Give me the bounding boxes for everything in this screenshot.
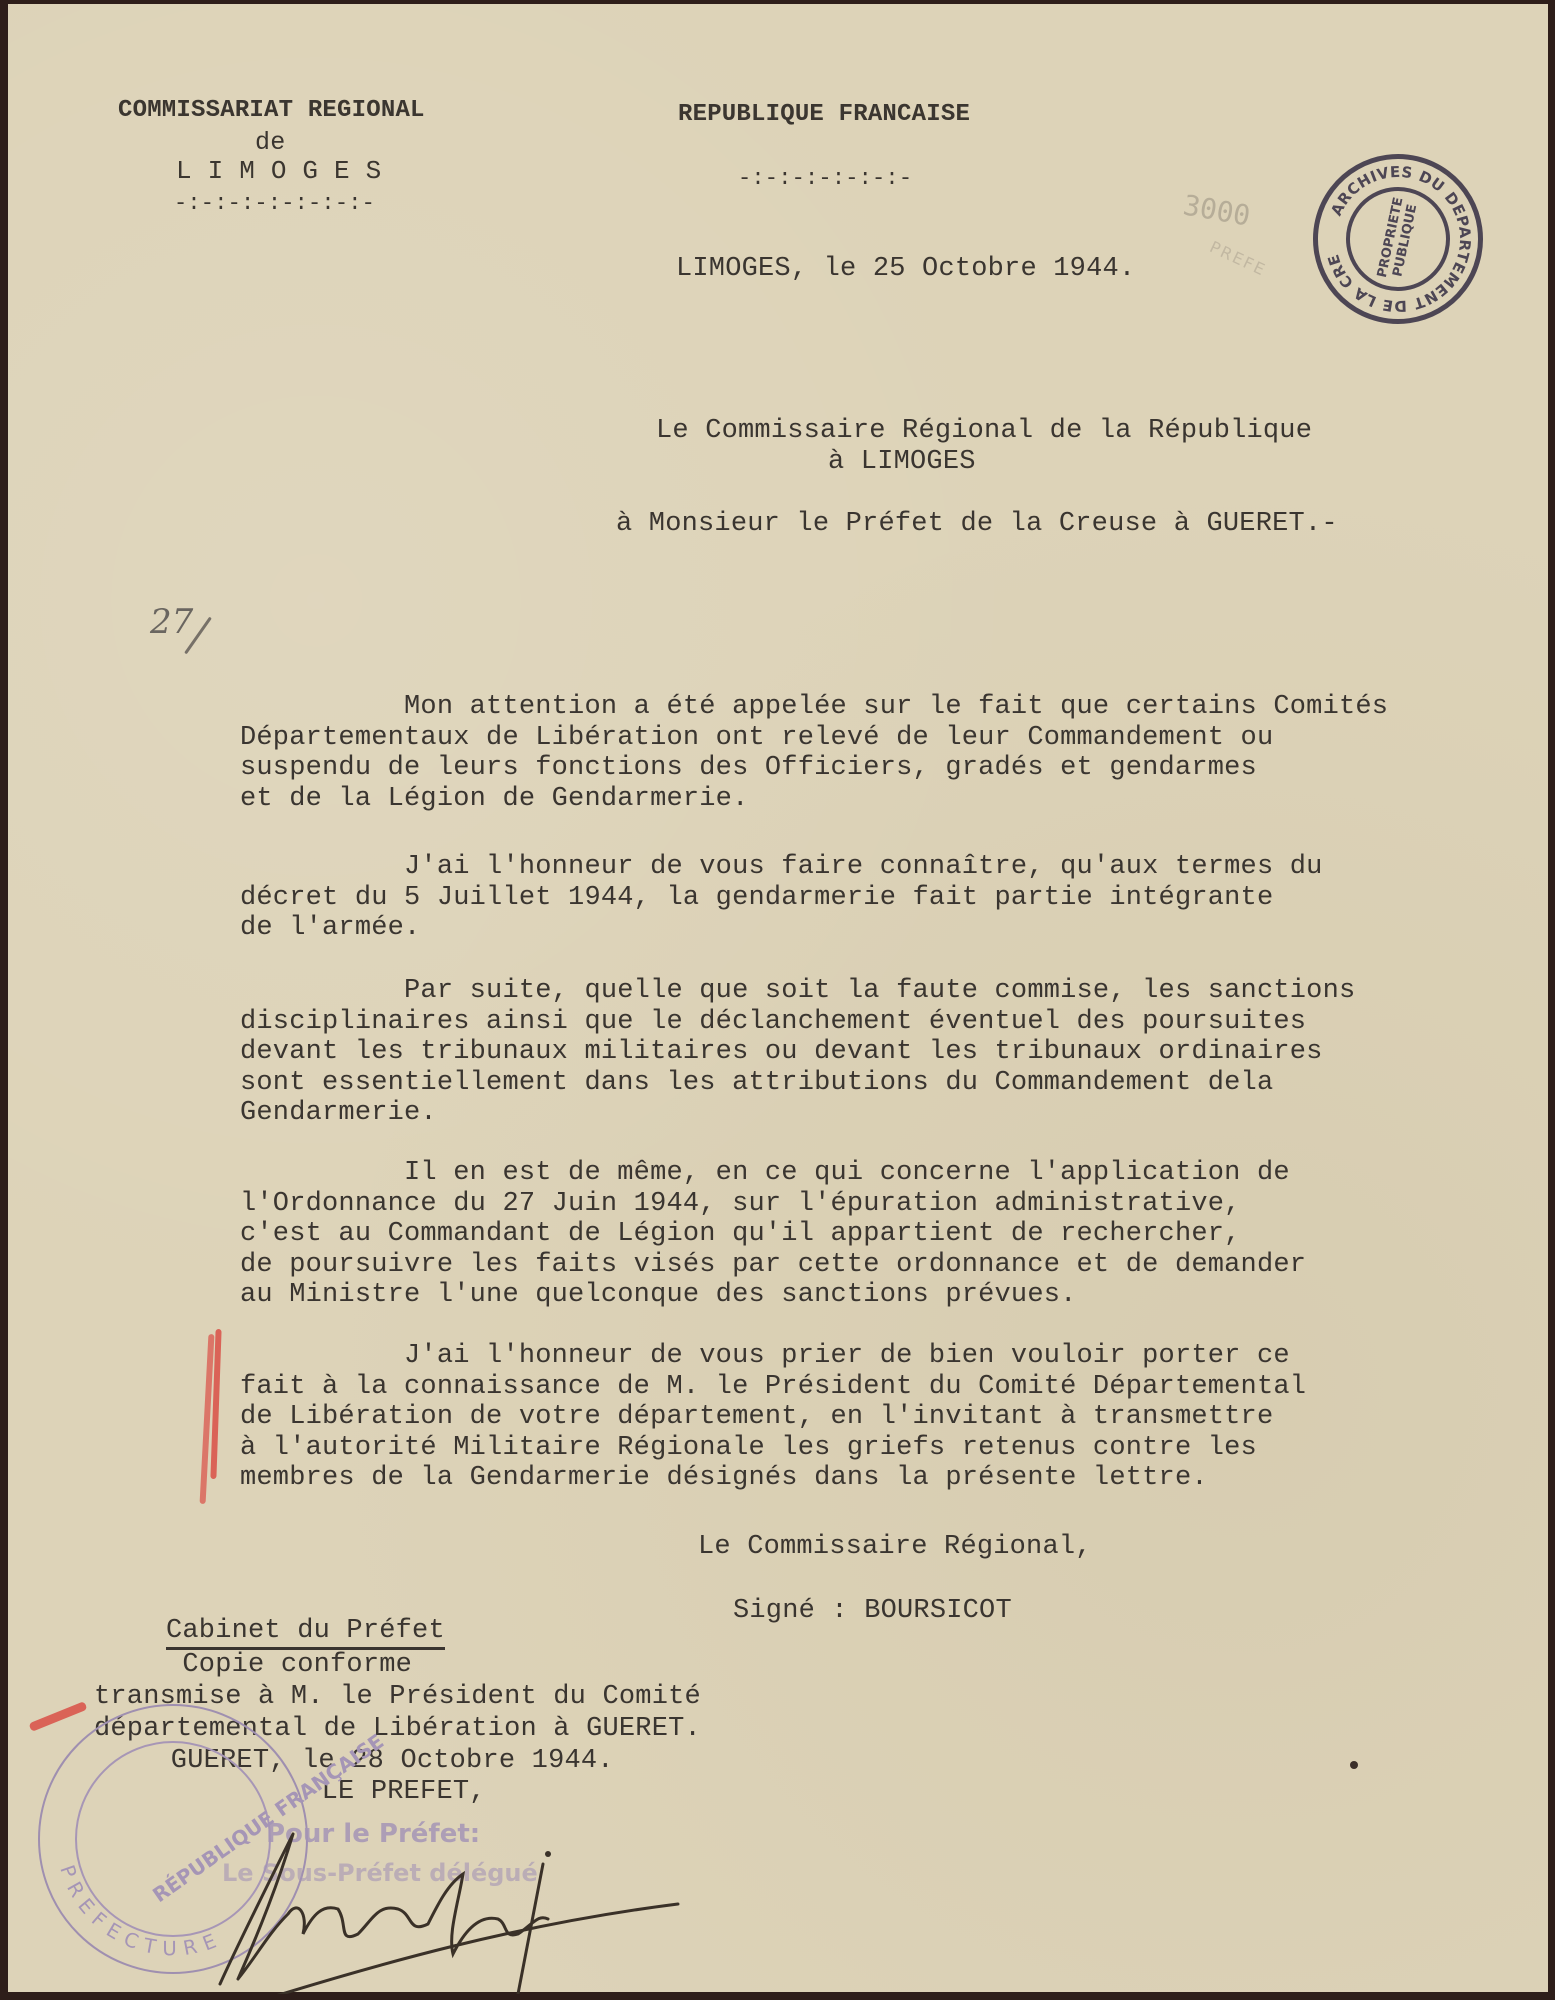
place-date: LIMOGES, le 25 Octobre 1944. xyxy=(676,254,1135,284)
paragraph-3-line-4: sont essentiellement dans les attributio… xyxy=(240,1068,1273,1098)
paragraph-4-line-5: au Ministre l'une quelconque des sanctio… xyxy=(240,1280,1077,1310)
paragraph-5-line-5: membres de la Gendarmerie désignés dans … xyxy=(240,1463,1208,1493)
letterhead-de: de xyxy=(255,128,285,158)
sender-line2: à LIMOGES xyxy=(828,447,976,477)
paragraph-1-line-2: Départementaux de Libération ont relevé … xyxy=(240,723,1273,753)
closing-signed: Signé : BOURSICOT xyxy=(733,1596,1012,1626)
paragraph-5: J'ai l'honneur de vous prier de bien vou… xyxy=(240,1341,1306,1494)
sender-line1: Le Commissaire Régional de la République xyxy=(656,416,1312,446)
paragraph-5-line-2: fait à la connaissance de M. le Présiden… xyxy=(240,1372,1306,1402)
document-page: COMMISSARIAT REGIONAL de L I M O G E S -… xyxy=(8,4,1548,1992)
letterhead-republique: REPUBLIQUE FRANCAISE xyxy=(678,100,970,130)
paragraph-1-line-3: suspendu de leurs fonctions des Officier… xyxy=(240,753,1257,783)
paragraph-2: J'ai l'honneur de vous faire connaître, … xyxy=(240,852,1323,944)
recipient-line: à Monsieur le Préfet de la Creuse à GUER… xyxy=(616,509,1338,539)
faint-number-stamp: 3000 xyxy=(1181,188,1253,232)
paragraph-4-line-4: de poursuivre les faits visés par cette … xyxy=(240,1250,1306,1280)
paragraph-5-line-4: à l'autorité Militaire Régionale les gri… xyxy=(240,1433,1257,1463)
paragraph-4-line-1: Il en est de même, en ce qui concerne l'… xyxy=(240,1158,1290,1188)
paragraph-3-line-3: devant les tribunaux militaires ou devan… xyxy=(240,1037,1323,1067)
faint-prefecture-stamp: PREFE xyxy=(1207,237,1270,280)
paragraph-5-line-3: de Libération de votre département, en l… xyxy=(240,1402,1273,1432)
letterhead-left-divider: -:-:-:-:-:-:-:- xyxy=(174,189,375,219)
paragraph-3-line-5: Gendarmerie. xyxy=(240,1098,437,1128)
paragraph-1-line-1: Mon attention a été appelée sur le fait … xyxy=(240,692,1388,722)
copy-line1: Copie conforme xyxy=(166,1650,412,1680)
paragraph-1: Mon attention a été appelée sur le fait … xyxy=(240,692,1388,814)
paragraph-2-line-2: décret du 5 Juillet 1944, la gendarmerie… xyxy=(240,883,1273,913)
paragraph-3-line-1: Par suite, quelle que soit la faute comm… xyxy=(240,976,1355,1006)
letterhead-limoges: L I M O G E S xyxy=(176,156,381,186)
copy-heading: Cabinet du Préfet xyxy=(166,1616,445,1646)
paragraph-1-line-4: et de la Légion de Gendarmerie. xyxy=(240,784,748,814)
closing-title: Le Commissaire Régional, xyxy=(698,1532,1092,1562)
paragraph-3: Par suite, quelle que soit la faute comm… xyxy=(240,976,1355,1129)
letterhead-right-divider: -:-:-:-:-:-:- xyxy=(738,164,912,194)
paragraph-4: Il en est de même, en ce qui concerne l'… xyxy=(240,1158,1306,1311)
paragraph-5-line-1: J'ai l'honneur de vous prier de bien vou… xyxy=(240,1341,1290,1371)
paragraph-2-line-3: de l'armée. xyxy=(240,913,420,943)
margin-note-handwritten: 27 xyxy=(150,602,193,642)
paragraph-2-line-1: J'ai l'honneur de vous faire connaître, … xyxy=(240,852,1323,882)
cabinet-du-prefet-heading: Cabinet du Préfet xyxy=(166,1616,445,1650)
paragraph-3-line-2: disciplinaires ainsi que le déclanchemen… xyxy=(240,1007,1306,1037)
handwritten-signature xyxy=(198,1824,718,1994)
paragraph-4-line-2: l'Ordonnance du 27 Juin 1944, sur l'épur… xyxy=(240,1189,1241,1219)
ink-dot xyxy=(1350,1761,1358,1769)
paragraph-4-line-3: c'est au Commandant de Légion qu'il appa… xyxy=(240,1219,1241,1249)
archives-creuse-stamp: ARCHIVES DU DEPARTEMENT DE LA CREUSE PRO… xyxy=(1302,143,1494,335)
letterhead-commissariat: COMMISSARIAT REGIONAL xyxy=(118,96,425,126)
